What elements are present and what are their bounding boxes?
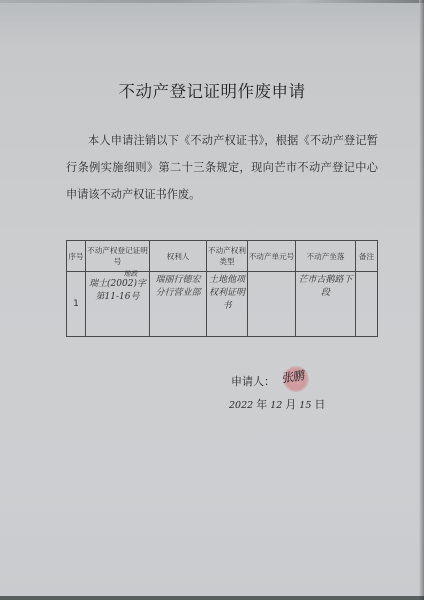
cell-unit-no (248, 272, 296, 337)
certificate-table: 序号 不动产权登记证明号 权利人 不动产权利类型 不动产单元号 不动产坐落 备注… (66, 240, 378, 337)
cert-no-value: 瑞土(2002)字第11-16号 (89, 279, 146, 302)
applicant-signature: 张鹏 (280, 367, 304, 387)
page-edge-top (0, 0, 424, 3)
header-location: 不动产坐落 (296, 241, 356, 272)
page-edge-bottom (0, 596, 424, 600)
header-right-type: 不动产权利类型 (207, 241, 248, 272)
cell-remarks (356, 272, 378, 337)
cell-cert-no: 地政 瑞土(2002)字第11-16号 (86, 272, 150, 337)
cell-right-type: 土地他项权利证明书 (207, 272, 248, 337)
cell-location: 芒市古鹅路下段 (296, 272, 356, 337)
applicant-label: 申请人： (231, 373, 275, 389)
cell-index: 1 (67, 272, 86, 337)
date-month: 12 (270, 400, 282, 411)
cell-owner: 瑞丽行德宏分行营业部 (150, 272, 207, 337)
header-owner: 权利人 (150, 241, 207, 272)
table-header-row: 序号 不动产权登记证明号 权利人 不动产权利类型 不动产单元号 不动产坐落 备注 (67, 241, 378, 272)
header-unit-no: 不动产单元号 (248, 241, 296, 272)
header-index: 序号 (67, 241, 86, 272)
table-row: 1 地政 瑞土(2002)字第11-16号 瑞丽行德宏分行营业部 土地他项权利证… (67, 272, 378, 337)
application-date: 2022年12月15日 (226, 396, 325, 412)
document-title: 不动产登记证明作废申请 (0, 78, 424, 102)
header-remarks: 备注 (356, 241, 378, 272)
application-body: 本人申请注销以下《不动产权证书》，根据《不动产登记暂行条例实施细则》第二十三条规… (66, 127, 378, 208)
date-day-label: 日 (314, 398, 325, 411)
date-day: 15 (299, 400, 311, 411)
header-cert-no: 不动产权登记证明号 (86, 241, 150, 272)
date-month-label: 月 (285, 398, 296, 411)
cert-no-annotation: 地政 (114, 271, 147, 278)
date-year: 2022 (229, 400, 253, 411)
date-year-label: 年 (256, 398, 267, 411)
